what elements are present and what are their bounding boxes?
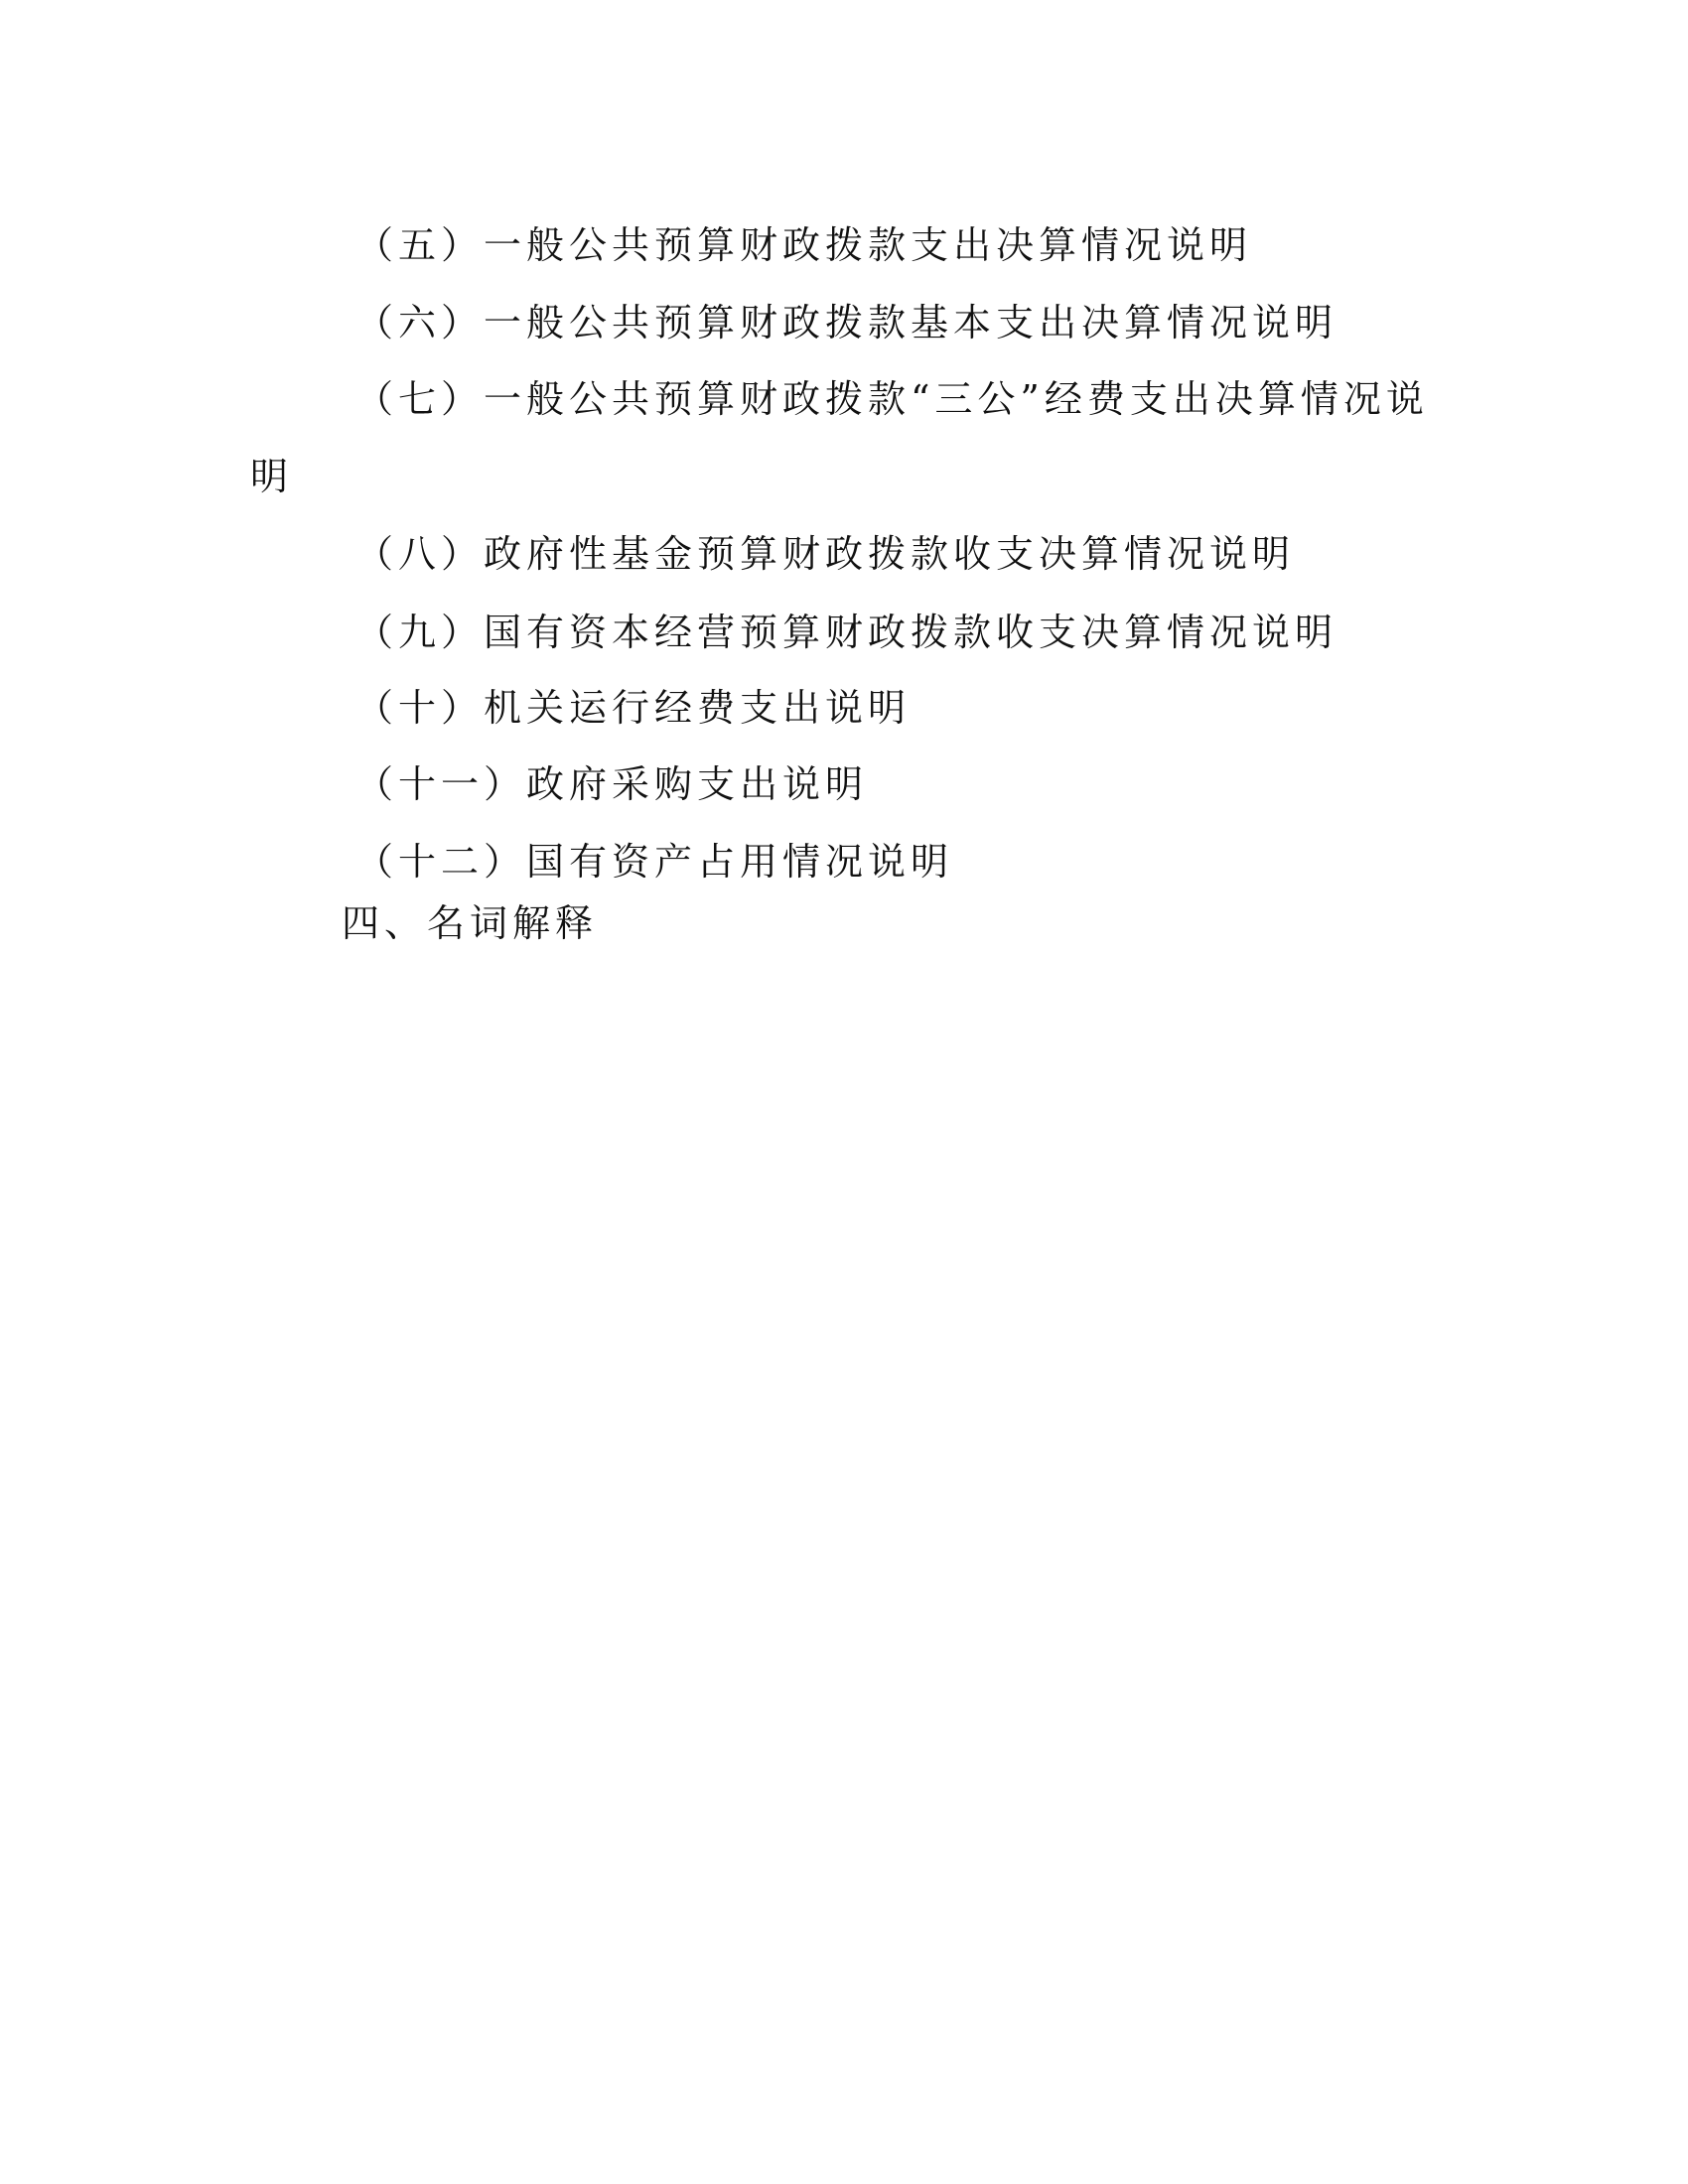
document-page: （五）一般公共预算财政拨款支出决算情况说明 （六）一般公共预算财政拨款基本支出决… <box>0 0 1688 2184</box>
toc-item-10: （十）机关运行经费支出说明 <box>355 686 911 730</box>
toc-item-12: （十二）国有资产占用情况说明 <box>355 840 953 884</box>
toc-item-6: （六）一般公共预算财政拨款基本支出决算情况说明 <box>355 301 1337 344</box>
toc-item-8: （八）政府性基金预算财政拨款收支决算情况说明 <box>355 532 1295 576</box>
toc-item-9: （九）国有资本经营预算财政拨款收支决算情况说明 <box>355 611 1337 654</box>
toc-item-11: （十一）政府采购支出说明 <box>355 762 868 806</box>
section-heading-4: 四、名词解释 <box>342 901 598 945</box>
toc-item-5: （五）一般公共预算财政拨款支出决算情况说明 <box>355 223 1252 267</box>
toc-item-7: （七）一般公共预算财政拨款“三公”经费支出决算情况说 <box>355 377 1429 421</box>
toc-item-7-continuation: 明 <box>250 455 293 498</box>
